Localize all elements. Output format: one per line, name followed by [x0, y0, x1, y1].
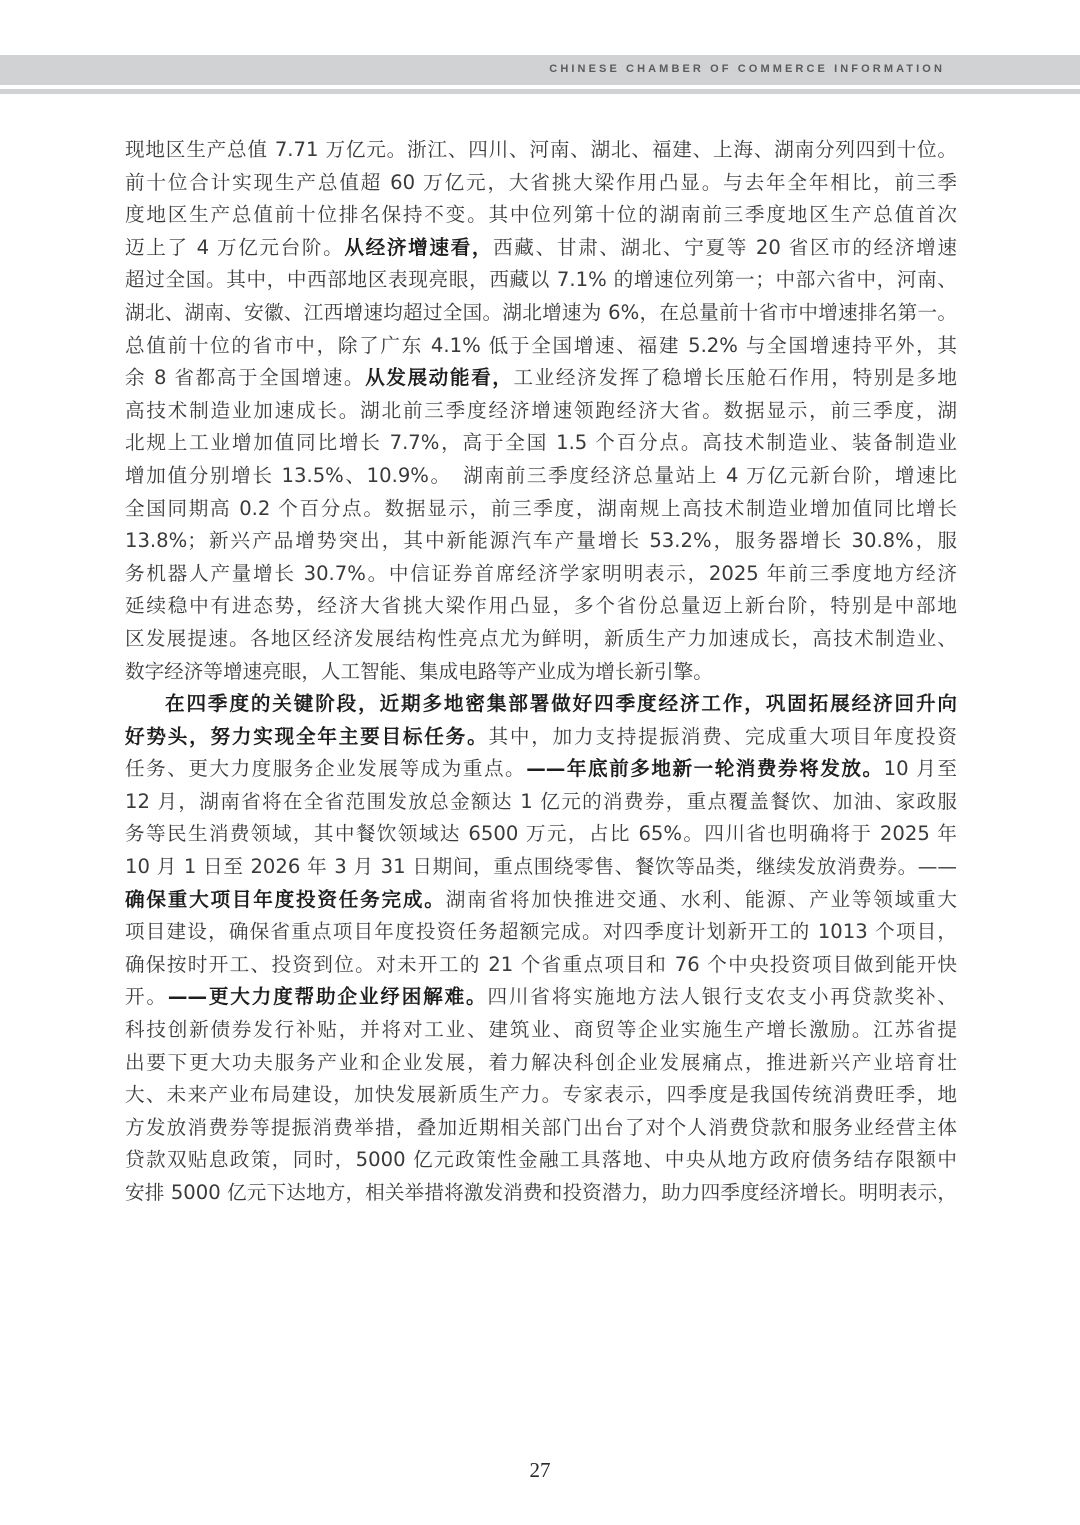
text-run: 西藏、甘肃、湖北、宁夏等 20 省区市的经济增速: [493, 236, 957, 259]
bold-lead-phrase: ——更大力度帮助企业纾困解难。: [168, 985, 488, 1008]
text-run: 10 月至: [884, 757, 957, 780]
text-run: 10 月 1 日至 2026 年 3 月 31 日期间，重点围绕零售、餐饮等品类…: [125, 855, 957, 878]
text-line: 超过全国。其中，中西部地区表现亮眼，西藏以 7.1% 的增速位列第一；中部六省中…: [125, 264, 957, 297]
text-run: 总值前十位的省市中，除了广东 4.1% 低于全国增速、福建 5.2% 与全国增速…: [125, 334, 957, 357]
text-line: 总值前十位的省市中，除了广东 4.1% 低于全国增速、福建 5.2% 与全国增速…: [125, 330, 957, 363]
text-run: 13.8%；新兴产品增势突出，其中新能源汽车产量增长 53.2%，服务器增长 3…: [125, 529, 957, 552]
text-run: 全国同期高 0.2 个百分点。数据显示，前三季度，湖南规上高技术制造业增加值同比…: [125, 497, 957, 520]
text-line: 增加值分别增长 13.5%、10.9%。 湖南前三季度经济总量站上 4 万亿元新…: [125, 460, 957, 493]
text-run: 大、未来产业布局建设，加快发展新质生产力。专家表示，四季度是我国传统消费旺季，地: [125, 1083, 957, 1106]
text-line: 大、未来产业布局建设，加快发展新质生产力。专家表示，四季度是我国传统消费旺季，地: [125, 1079, 957, 1112]
text-line: 任务、更大力度服务企业发展等成为重点。——年底前多地新一轮消费券将发放。10 月…: [125, 753, 957, 786]
text-run: 确保按时开工、投资到位。对未开工的 21 个省重点项目和 76 个中央投资项目做…: [125, 953, 957, 976]
text-line: 全国同期高 0.2 个百分点。数据显示，前三季度，湖南规上高技术制造业增加值同比…: [125, 493, 957, 526]
paragraph: 现地区生产总值 7.71 万亿元。浙江、四川、河南、湖北、福建、上海、湖南分列四…: [125, 134, 957, 688]
publication-title: CHINESE CHAMBER OF COMMERCE INFORMATION: [549, 63, 945, 75]
text-run: 安排 5000 亿元下达地方，相关举措将激发消费和投资潜力，助力四季度经济增长。…: [125, 1181, 957, 1204]
text-line: 开。——更大力度帮助企业纾困解难。四川省将实施地方法人银行支农支小再贷款奖补、: [125, 981, 957, 1014]
text-run: 延续稳中有进态势，经济大省挑大梁作用凸显，多个省份总量迈上新台阶，特别是中部地: [125, 594, 957, 617]
paragraph: 在四季度的关键阶段，近期多地密集部署做好四季度经济工作，巩固拓展经济回升向好势头…: [125, 688, 957, 1210]
text-run: 任务、更大力度服务企业发展等成为重点。: [125, 757, 526, 780]
text-line: 迈上了 4 万亿元台阶。从经济增速看，西藏、甘肃、湖北、宁夏等 20 省区市的经…: [125, 232, 957, 265]
text-line: 科技创新债券发行补贴，并将对工业、建筑业、商贸等企业实施生产增长激励。江苏省提: [125, 1014, 957, 1047]
text-line: 好势头，努力实现全年主要目标任务。其中，加力支持提振消费、完成重大项目年度投资: [125, 721, 957, 754]
text-run: 12 月，湖南省将在全省范围发放总金额达 1 亿元的消费券，重点覆盖餐饮、加油、…: [125, 790, 957, 813]
text-run: 工业经济发挥了稳增长压舱石作用，特别是多地: [513, 366, 957, 389]
bold-lead-phrase: ——年底前多地新一轮消费券将发放。: [526, 757, 883, 780]
text-line: 务等民生消费领域，其中餐饮领域达 6500 万元，占比 65%。四川省也明确将于…: [125, 818, 957, 851]
text-run: 开。: [125, 985, 168, 1008]
text-run: 迈上了 4 万亿元台阶。: [125, 236, 344, 259]
text-line: 现地区生产总值 7.71 万亿元。浙江、四川、河南、湖北、福建、上海、湖南分列四…: [125, 134, 957, 167]
text-line: 度地区生产总值前十位排名保持不变。其中位列第十位的湖南前三季度地区生产总值首次: [125, 199, 957, 232]
text-run: 高技术制造业加速成长。湖北前三季度经济增速领跑经济大省。数据显示，前三季度，湖: [125, 399, 957, 422]
text-line: 确保重大项目年度投资任务完成。湖南省将加快推进交通、水利、能源、产业等领域重大: [125, 884, 957, 917]
text-run: 前十位合计实现生产总值超 60 万亿元，大省挑大梁作用凸显。与去年全年相比，前三…: [125, 171, 957, 194]
text-run: 湖北、湖南、安徽、江西增速均超过全国。湖北增速为 6%，在总量前十省市中增速排名…: [125, 301, 957, 324]
text-line: 务机器人产量增长 30.7%。中信证券首席经济学家明明表示，2025 年前三季度…: [125, 558, 957, 591]
text-line: 北规上工业增加值同比增长 7.7%，高于全国 1.5 个百分点。高技术制造业、装…: [125, 427, 957, 460]
text-line: 安排 5000 亿元下达地方，相关举措将激发消费和投资潜力，助力四季度经济增长。…: [125, 1177, 957, 1210]
text-run: 贷款双贴息政策，同时，5000 亿元政策性金融工具落地、中央从地方政府债务结存限…: [125, 1148, 957, 1171]
text-line: 余 8 省都高于全国增速。从发展动能看，工业经济发挥了稳增长压舱石作用，特别是多…: [125, 362, 957, 395]
text-line: 12 月，湖南省将在全省范围发放总金额达 1 亿元的消费券，重点覆盖餐饮、加油、…: [125, 786, 957, 819]
text-line: 项目建设，确保省重点项目年度投资任务超额完成。对四季度计划新开工的 1013 个…: [125, 916, 957, 949]
text-line: 方发放消费券等提振消费举措，叠加近期相关部门出台了对个人消费贷款和服务业经营主体: [125, 1112, 957, 1145]
text-line: 13.8%；新兴产品增势突出，其中新能源汽车产量增长 53.2%，服务器增长 3…: [125, 525, 957, 558]
text-line: 延续稳中有进态势，经济大省挑大梁作用凸显，多个省份总量迈上新台阶，特别是中部地: [125, 590, 957, 623]
text-run: 四川省将实施地方法人银行支农支小再贷款奖补、: [487, 985, 957, 1008]
text-line: 数字经济等增速亮眼，人工智能、集成电路等产业成为增长新引擎。: [125, 656, 957, 689]
bold-lead-phrase: 在四季度的关键阶段，近期多地密集部署做好四季度经济工作，巩固拓展经济回升向: [165, 692, 957, 715]
text-line: 前十位合计实现生产总值超 60 万亿元，大省挑大梁作用凸显。与去年全年相比，前三…: [125, 167, 957, 200]
text-run: 湖南省将加快推进交通、水利、能源、产业等领域重大: [446, 888, 957, 911]
text-run: 超过全国。其中，中西部地区表现亮眼，西藏以 7.1% 的增速位列第一；中部六省中…: [125, 268, 957, 291]
bold-lead-phrase: 好势头，努力实现全年主要目标任务。: [125, 725, 488, 748]
text-run: 现地区生产总值 7.71 万亿元。浙江、四川、河南、湖北、福建、上海、湖南分列四…: [125, 138, 957, 161]
text-run: 出要下更大功夫服务产业和企业发展，着力解决科创企业发展痛点，推进新兴产业培育壮: [125, 1051, 957, 1074]
text-run: 度地区生产总值前十位排名保持不变。其中位列第十位的湖南前三季度地区生产总值首次: [125, 203, 957, 226]
page-number: 27: [0, 1458, 1080, 1483]
text-run: 项目建设，确保省重点项目年度投资任务超额完成。对四季度计划新开工的 1013 个…: [125, 920, 957, 943]
text-line: 10 月 1 日至 2026 年 3 月 31 日期间，重点围绕零售、餐饮等品类…: [125, 851, 957, 884]
text-run: 增加值分别增长 13.5%、10.9%。 湖南前三季度经济总量站上 4 万亿元新…: [125, 464, 957, 487]
text-run: 方发放消费券等提振消费举措，叠加近期相关部门出台了对个人消费贷款和服务业经营主体: [125, 1116, 957, 1139]
text-run: 区发展提速。各地区经济发展结构性亮点尤为鲜明，新质生产力加速成长，高技术制造业、: [125, 627, 957, 650]
text-line: 出要下更大功夫服务产业和企业发展，着力解决科创企业发展痛点，推进新兴产业培育壮: [125, 1047, 957, 1080]
text-line: 在四季度的关键阶段，近期多地密集部署做好四季度经济工作，巩固拓展经济回升向: [125, 688, 957, 721]
text-line: 确保按时开工、投资到位。对未开工的 21 个省重点项目和 76 个中央投资项目做…: [125, 949, 957, 982]
text-run: 北规上工业增加值同比增长 7.7%，高于全国 1.5 个百分点。高技术制造业、装…: [125, 431, 957, 454]
bold-lead-phrase: 从发展动能看，: [365, 366, 513, 389]
text-run: 务等民生消费领域，其中餐饮领域达 6500 万元，占比 65%。四川省也明确将于…: [125, 822, 957, 845]
text-run: 余 8 省都高于全国增速。: [125, 366, 365, 389]
header-divider-strip: [0, 89, 1080, 94]
bold-lead-phrase: 确保重大项目年度投资任务完成。: [125, 888, 446, 911]
text-line: 贷款双贴息政策，同时，5000 亿元政策性金融工具落地、中央从地方政府债务结存限…: [125, 1144, 957, 1177]
text-run: 其中，加力支持提振消费、完成重大项目年度投资: [488, 725, 957, 748]
article-body: 现地区生产总值 7.71 万亿元。浙江、四川、河南、湖北、福建、上海、湖南分列四…: [125, 134, 957, 1210]
text-line: 湖北、湖南、安徽、江西增速均超过全国。湖北增速为 6%，在总量前十省市中增速排名…: [125, 297, 957, 330]
text-run: 科技创新债券发行补贴，并将对工业、建筑业、商贸等企业实施生产增长激励。江苏省提: [125, 1018, 957, 1041]
text-line: 高技术制造业加速成长。湖北前三季度经济增速领跑经济大省。数据显示，前三季度，湖: [125, 395, 957, 428]
text-line: 区发展提速。各地区经济发展结构性亮点尤为鲜明，新质生产力加速成长，高技术制造业、: [125, 623, 957, 656]
text-run: 务机器人产量增长 30.7%。中信证券首席经济学家明明表示，2025 年前三季度…: [125, 562, 957, 585]
text-run: 数字经济等增速亮眼，人工智能、集成电路等产业成为增长新引擎。: [125, 660, 713, 683]
bold-lead-phrase: 从经济增速看，: [344, 236, 493, 259]
